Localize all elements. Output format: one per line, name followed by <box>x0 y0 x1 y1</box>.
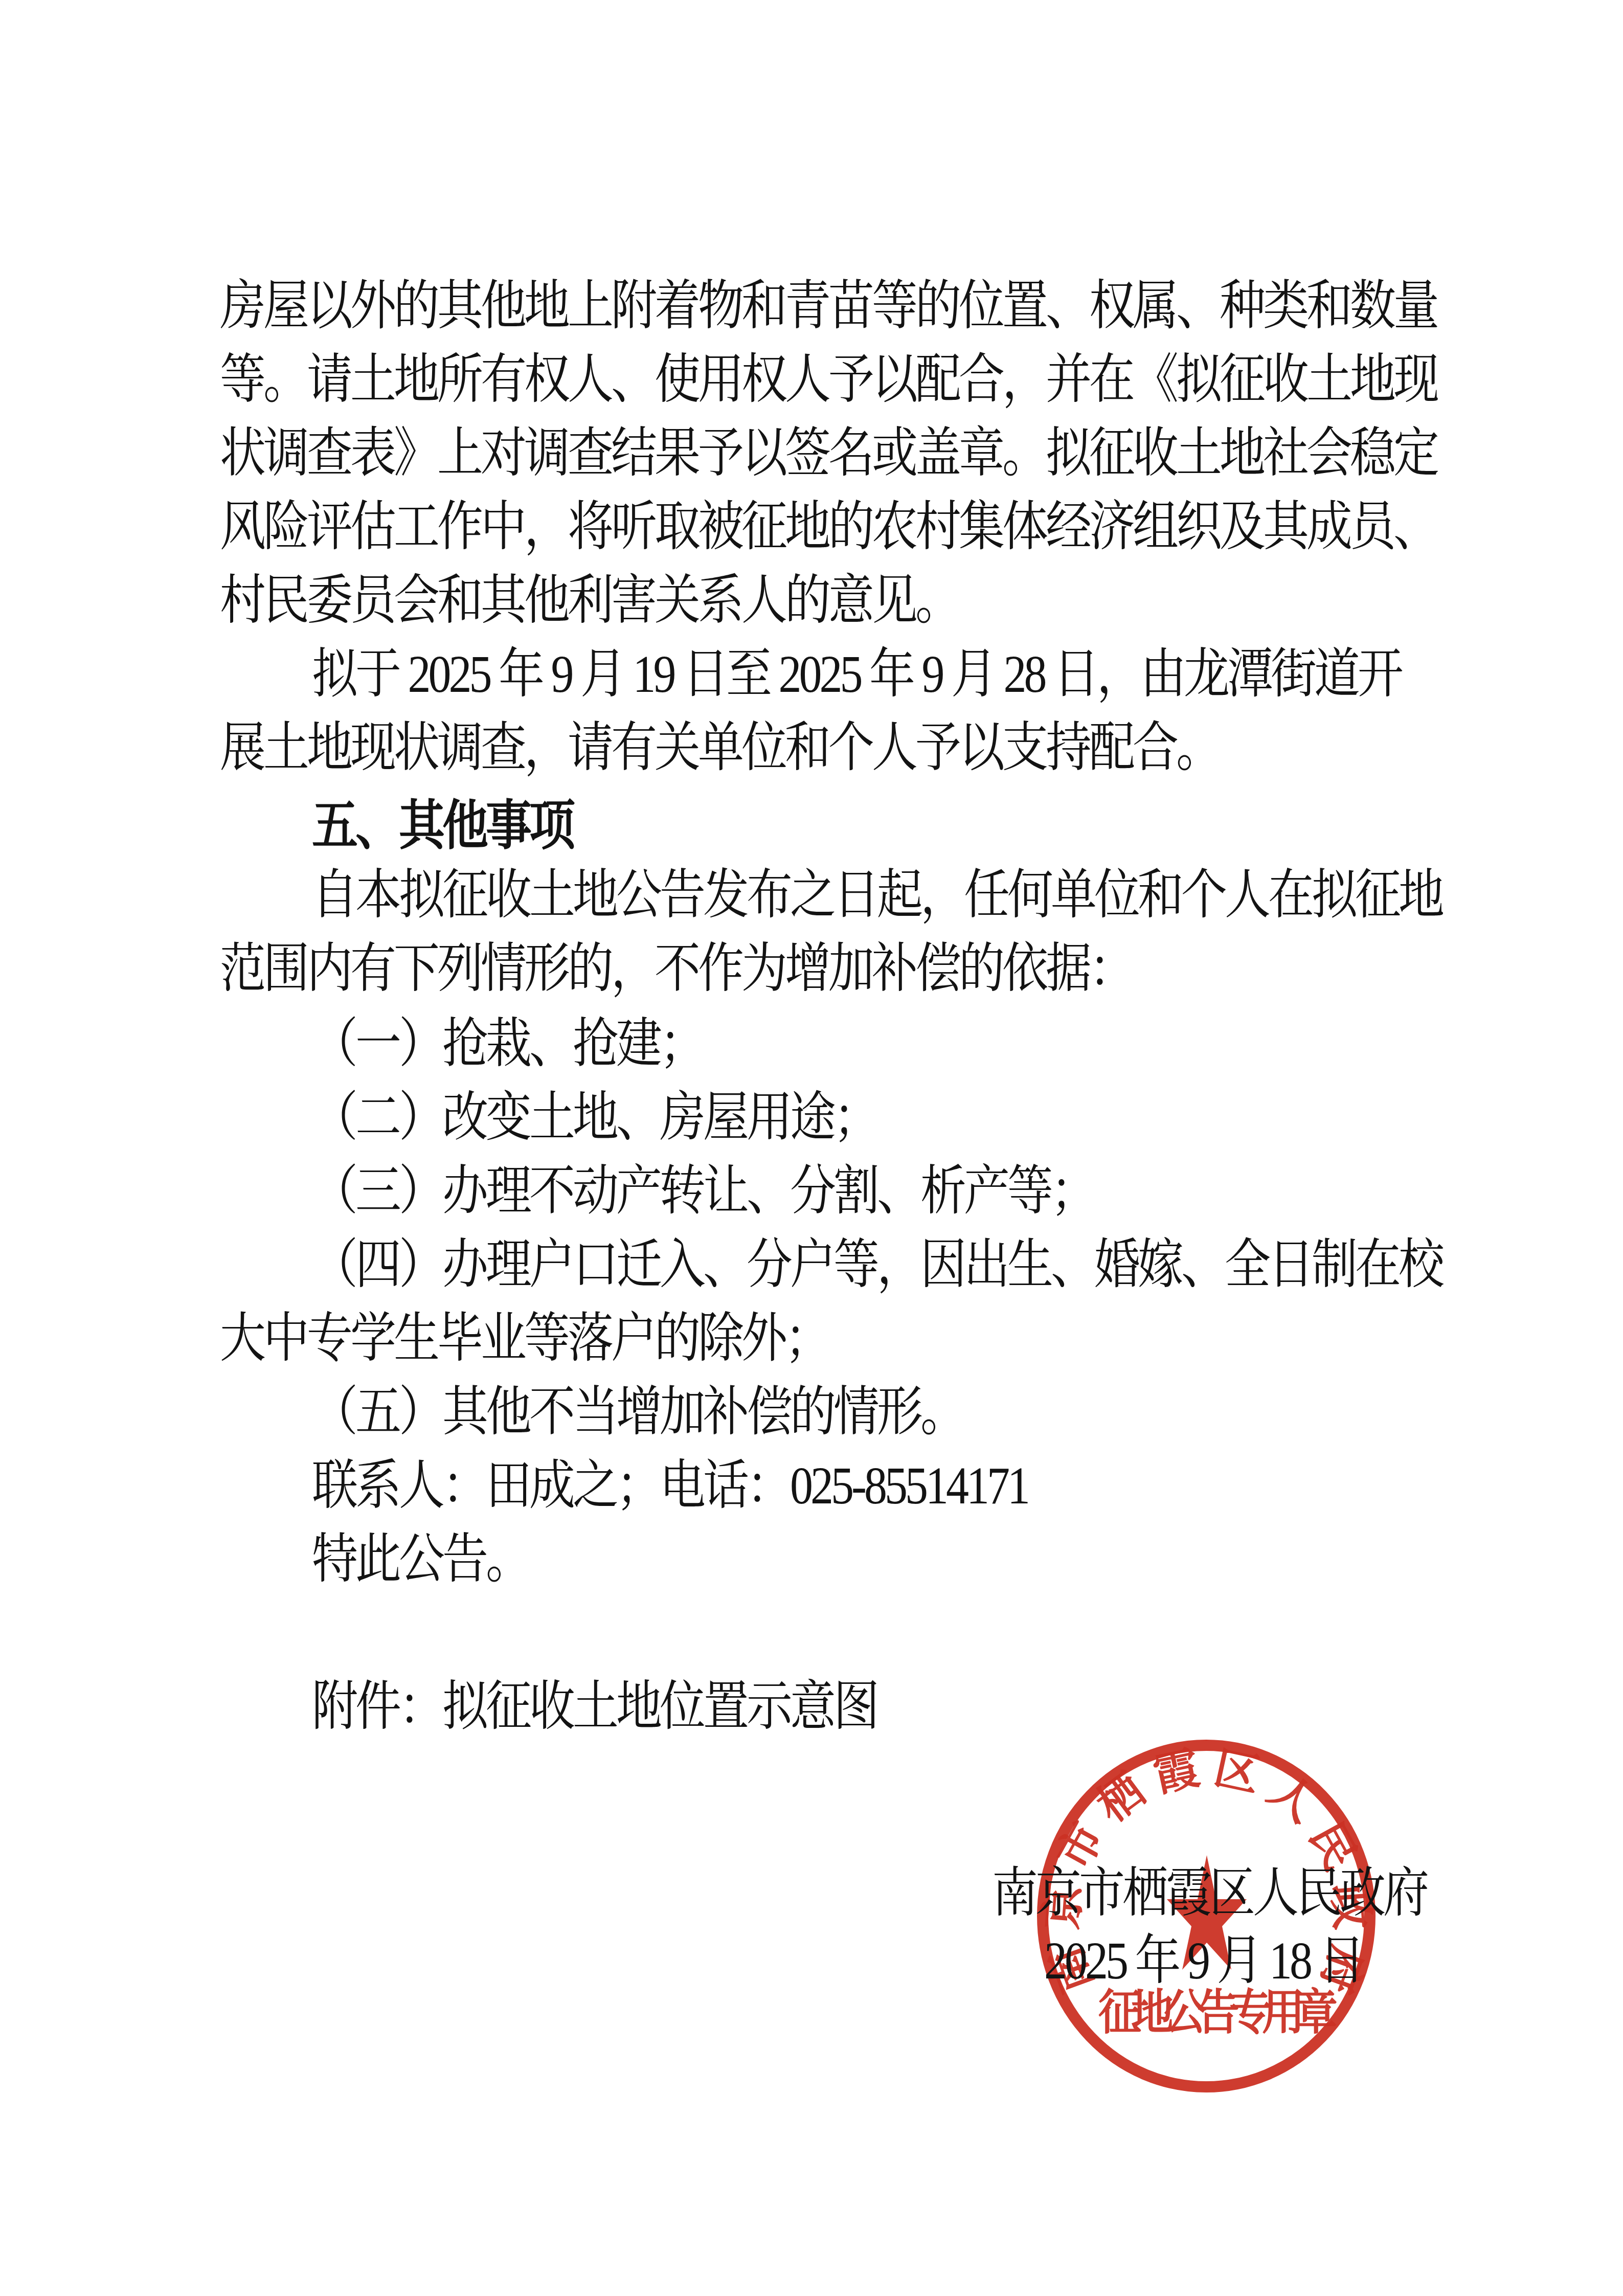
body-line: 等。请土地所有权人、使用权人予以配合，并在《拟征收土地现 <box>220 353 1437 407</box>
list-item: （一）抢栽、抢建； <box>312 1018 703 1071</box>
section-heading: 五、其他事项 <box>312 799 573 852</box>
body-line: 房屋以外的其他地上附着物和青苗等的位置、权属、种类和数量 <box>220 280 1437 333</box>
contact-line: 联系人：田成之；电话：025-85514171 <box>312 1459 1028 1513</box>
document-page: 房屋以外的其他地上附着物和青苗等的位置、权属、种类和数量 等。请土地所有权人、使… <box>0 0 1623 2296</box>
list-item: （五）其他不当增加补偿的情形。 <box>312 1386 964 1439</box>
seal-bottom-text: 征地公告专用章 <box>1095 1987 1331 2040</box>
issuer-signature: 南京市栖霞区人民政府 <box>992 1867 1427 1920</box>
seal-arc-char: 霞 <box>1148 1745 1204 1800</box>
list-item: （四）办理户口迁入、分户等，因出生、婚嫁、全日制在校 <box>312 1239 1442 1292</box>
body-line: 拟于 2025 年 9 月 19 日至 2025 年 9 月 28 日，由龙潭街… <box>312 648 1401 701</box>
list-item: （三）办理不动产转让、分割、析产等； <box>312 1165 1094 1218</box>
body-line: 村民委员会和其他利害关系人的意见。 <box>220 574 959 627</box>
issue-date: 2025 年 9 月 18 日 <box>1044 1934 1363 1988</box>
body-line: 自本拟征收土地公告发布之日起，任何单位和个人在拟征地 <box>312 869 1442 922</box>
list-item: （二）改变土地、房屋用途； <box>312 1091 877 1144</box>
attachment-note: 附件：拟征收土地位置示意图 <box>312 1680 877 1734</box>
body-line: 风险评估工作中，将听取被征地的农村集体经济组织及其成员、 <box>220 501 1437 554</box>
body-line: 展土地现状调查，请有关单位和个人予以支持配合。 <box>220 722 1220 775</box>
seal-arc-char: 区 <box>1209 1745 1265 1800</box>
closing-line: 特此公告。 <box>312 1533 529 1586</box>
body-line: 状调查表》上对调查结果予以签名或盖章。拟征收土地社会稳定 <box>220 427 1437 480</box>
body-line: 范围内有下列情形的，不作为增加补偿的依据： <box>220 942 1133 996</box>
list-item-continuation: 大中专学生毕业等落户的除外； <box>220 1312 828 1365</box>
